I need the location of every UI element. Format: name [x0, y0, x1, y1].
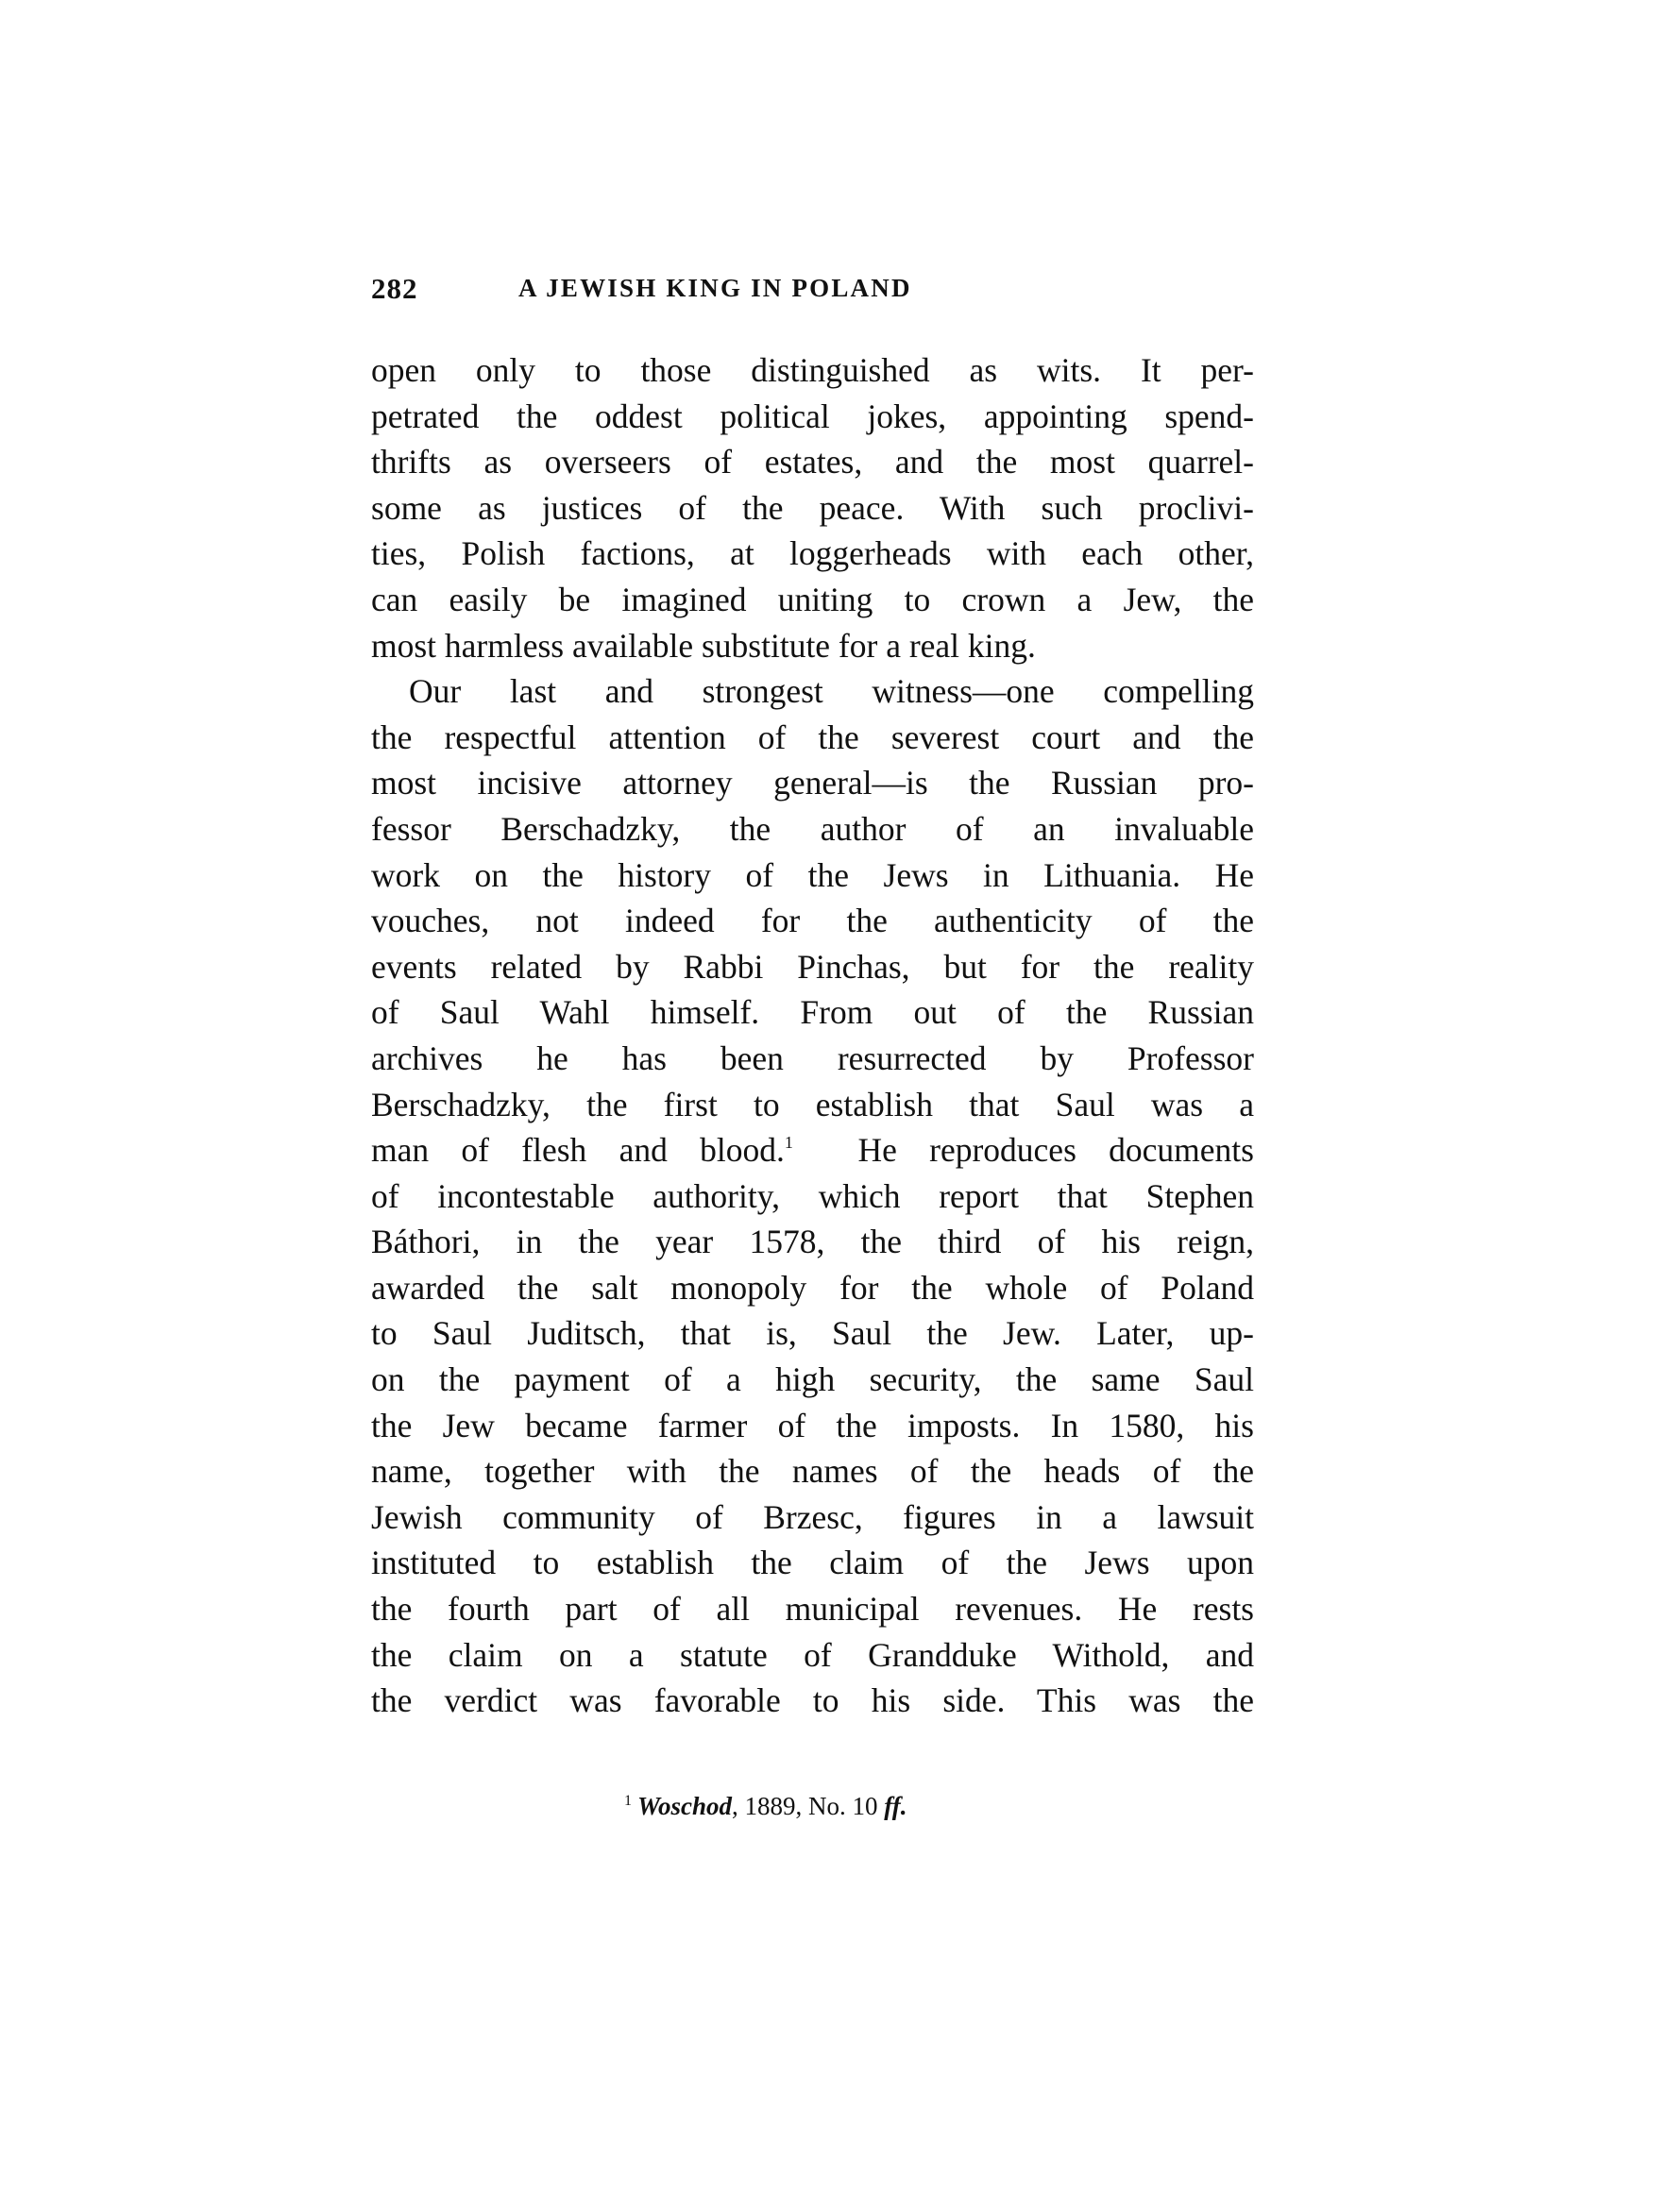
text-segment: He reproduces documents [793, 1131, 1254, 1169]
text-line: ties, Polish factions, at loggerheads wi… [371, 531, 1254, 577]
paragraph-2: Our last and strongest witness—one compe… [371, 668, 1254, 1724]
footnote-citation: , 1889, No. 10 [732, 1792, 884, 1820]
text-line: Jewish community of Brzesc, figures in a… [371, 1494, 1254, 1541]
page-number: 282 [371, 272, 418, 306]
body-text: open only to those distinguished as wits… [371, 347, 1254, 1724]
footnote-source-title: Woschod [637, 1792, 732, 1820]
text-line: awarded the salt monopoly for the whole … [371, 1265, 1254, 1311]
text-line: archives he has been resurrected by Prof… [371, 1036, 1254, 1082]
text-line: on the payment of a high security, the s… [371, 1357, 1254, 1403]
text-line: vouches, not indeed for the authenticity… [371, 898, 1254, 944]
text-segment: man of flesh and blood. [371, 1131, 785, 1169]
book-page: 282 A JEWISH KING IN POLAND open only to… [371, 272, 1254, 1724]
text-line: open only to those distinguished as wits… [371, 347, 1254, 394]
text-line: of incontestable authority, which report… [371, 1174, 1254, 1220]
text-line: petrated the oddest political jokes, app… [371, 394, 1254, 440]
text-line: fessor Berschadzky, the author of an inv… [371, 806, 1254, 853]
text-line: Berschadzky, the first to establish that… [371, 1082, 1254, 1128]
text-line: to Saul Juditsch, that is, Saul the Jew.… [371, 1310, 1254, 1357]
text-line: the respectful attention of the severest… [371, 715, 1254, 761]
text-line: Our last and strongest witness—one compe… [371, 668, 1254, 715]
text-line: most harmless available substitute for a… [371, 623, 1254, 669]
running-head: 282 A JEWISH KING IN POLAND [371, 272, 1254, 310]
paragraph-1: open only to those distinguished as wits… [371, 347, 1254, 668]
text-line: the verdict was favorable to his side. T… [371, 1678, 1254, 1724]
text-line: the Jew became farmer of the imposts. In… [371, 1403, 1254, 1449]
text-line: name, together with the names of the hea… [371, 1448, 1254, 1494]
text-line: can easily be imagined uniting to crown … [371, 577, 1254, 623]
text-line: of Saul Wahl himself. From out of the Ru… [371, 989, 1254, 1036]
footnote: 1Woschod, 1889, No. 10 ff. [624, 1792, 907, 1821]
text-line: the claim on a statute of Grandduke With… [371, 1632, 1254, 1679]
running-title: A JEWISH KING IN POLAND [518, 274, 912, 303]
text-line: the fourth part of all municipal revenue… [371, 1586, 1254, 1632]
text-line-with-footnote-ref: man of flesh and blood.1 He reproduces d… [371, 1127, 1254, 1174]
footnote-reference[interactable]: 1 [785, 1133, 793, 1152]
text-line: work on the history of the Jews in Lithu… [371, 853, 1254, 899]
text-line: thrifts as overseers of estates, and the… [371, 439, 1254, 485]
text-line: events related by Rabbi Pinchas, but for… [371, 944, 1254, 990]
text-line: some as justices of the peace. With such… [371, 485, 1254, 532]
footnote-ff: ff. [884, 1792, 907, 1820]
text-line: instituted to establish the claim of the… [371, 1540, 1254, 1586]
footnote-marker: 1 [624, 1793, 632, 1809]
text-line: Báthori, in the year 1578, the third of … [371, 1219, 1254, 1265]
text-line: most incisive attorney general—is the Ru… [371, 760, 1254, 806]
